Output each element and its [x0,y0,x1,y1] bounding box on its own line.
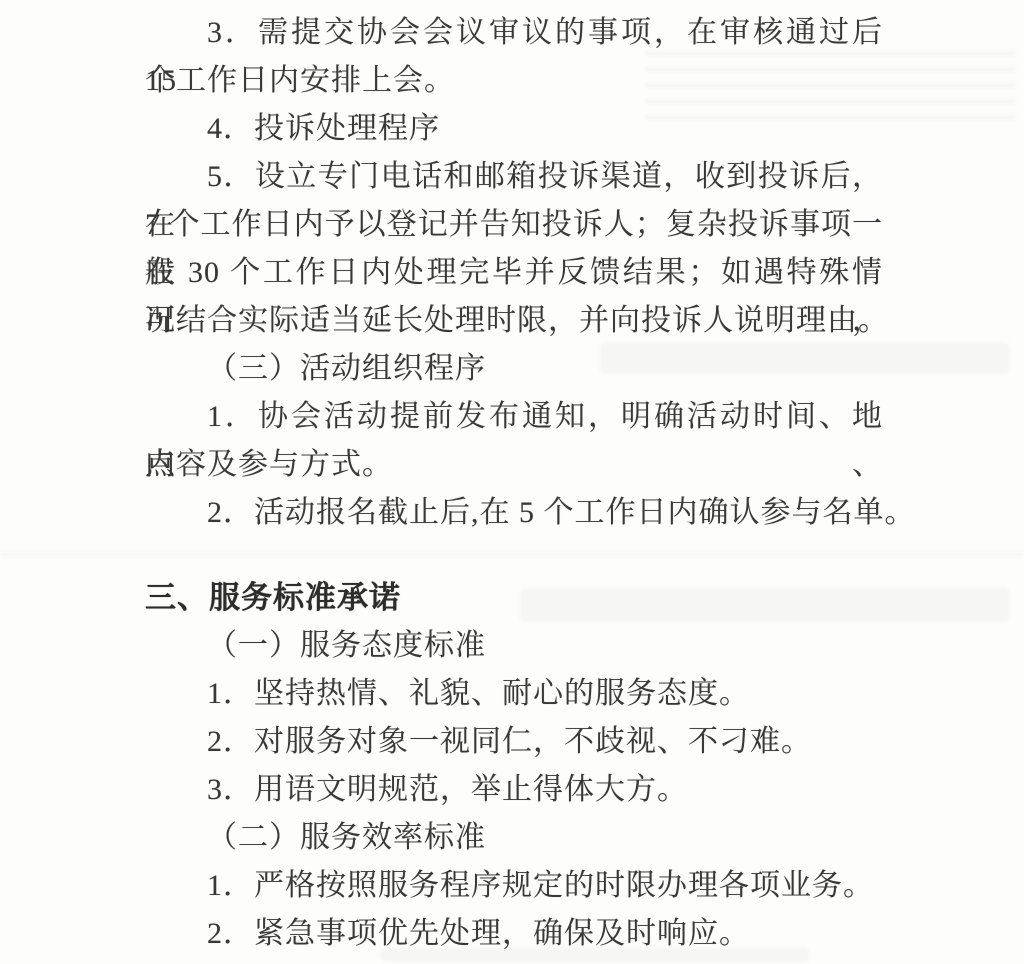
document-line: 3．需提交协会会议审议的事项，在审核通过后 15 [145,9,883,57]
document-line: 1．协会活动提前发布通知，明确活动时间、地点、 [145,393,883,441]
document-line: （二）服务效率标准 [145,814,883,862]
document-line: 在 30 个工作日内处理完毕并反馈结果；如遇特殊情况， [145,249,883,297]
document-line: 1．坚持热情、礼貌、耐心的服务态度。 [145,670,883,718]
document-line: 2．对服务对象一视同仁，不歧视、不刁难。 [145,718,883,766]
document-line: 2．紧急事项优先处理，确保及时响应。 [145,910,883,958]
document-line: 3．用语文明规范，举止得体大方。 [145,766,883,814]
document-line: 4．投诉处理程序 [145,105,883,153]
document-line: 2．活动报名截止后,在 5 个工作日内确认参与名单。 [145,489,883,537]
document-line: （一）服务态度标准 [145,622,883,670]
document-line: 5．设立专门电话和邮箱投诉渠道，收到投诉后，在 [145,153,883,201]
document-page: 3．需提交协会会议审议的事项，在审核通过后 15个工作日内安排上会。4．投诉处理… [0,0,1024,964]
text-block: 3．需提交协会会议审议的事项，在审核通过后 15个工作日内安排上会。4．投诉处理… [145,0,883,958]
document-line: 可结合实际适当延长处理时限，并向投诉人说明理由。 [145,297,883,345]
document-line: 7 个工作日内予以登记并告知投诉人；复杂投诉事项一般 [145,201,883,249]
document-line: （三）活动组织程序 [145,345,883,393]
section-heading: 三、服务标准承诺 [145,574,883,622]
document-line: 个工作日内安排上会。 [145,57,883,105]
document-line: 1．严格按照服务程序规定的时限办理各项业务。 [145,862,883,910]
